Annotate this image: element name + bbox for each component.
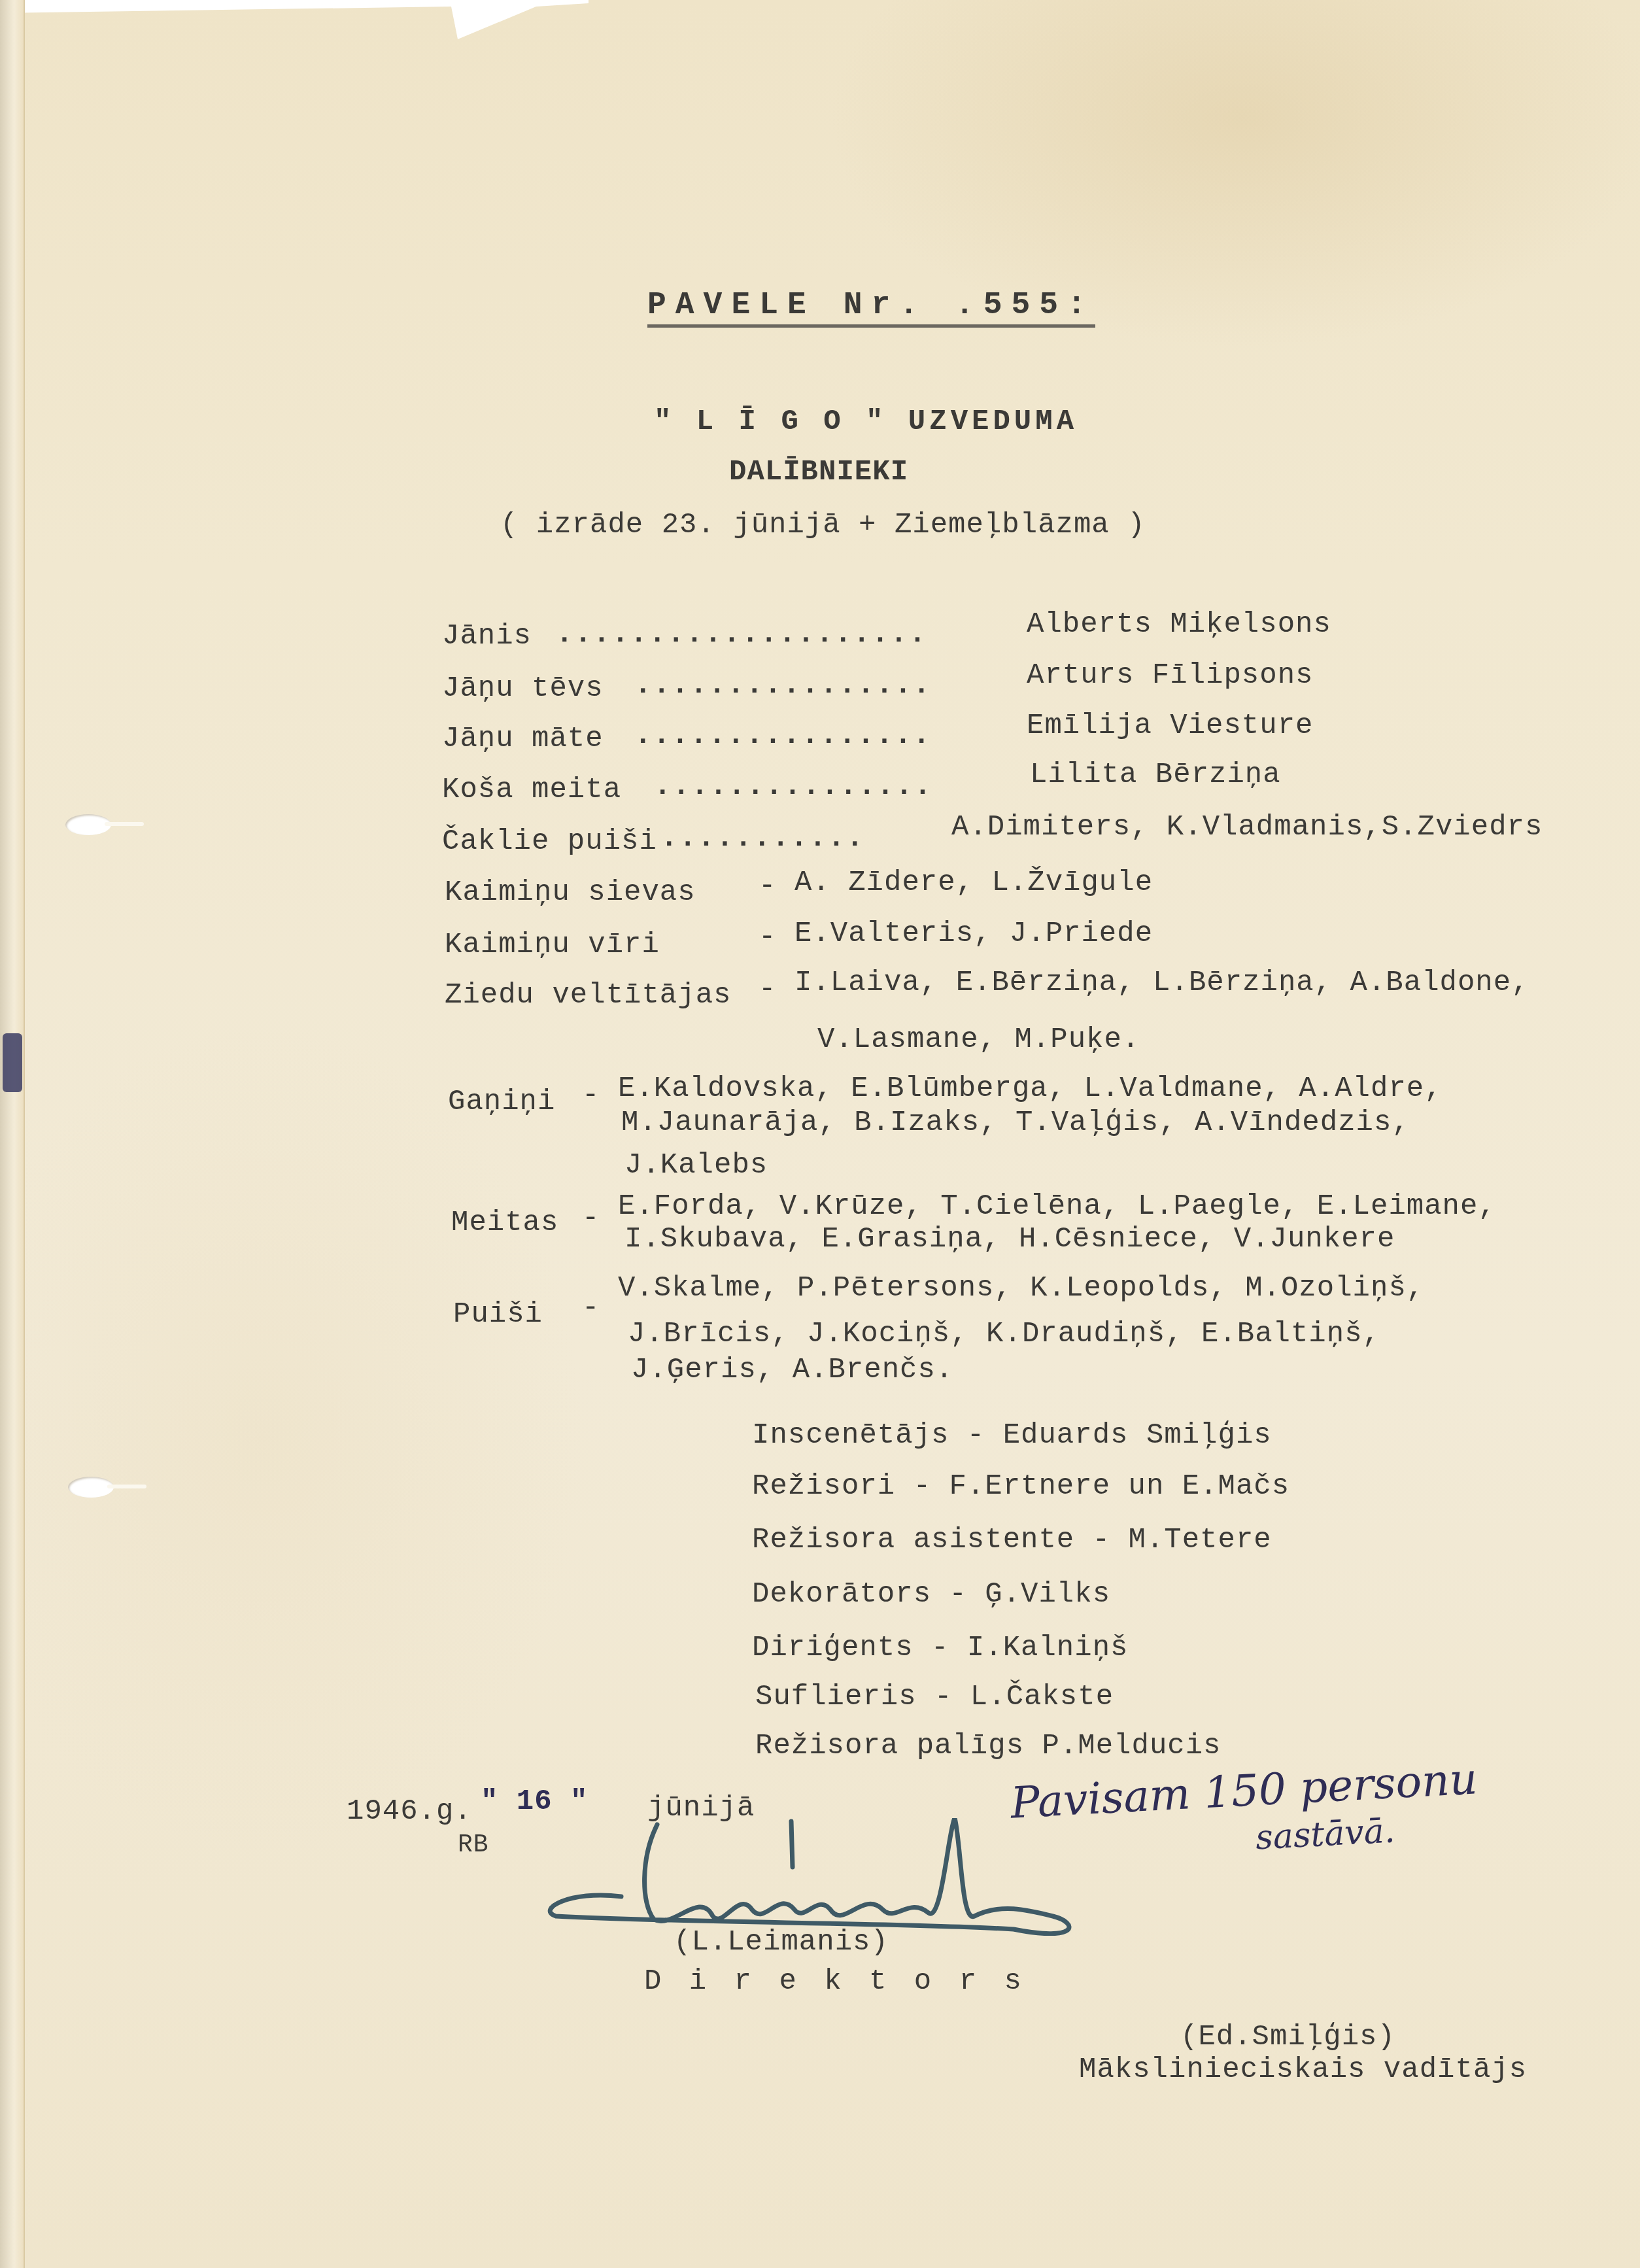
director-name: (L.Leimanis)	[674, 1926, 889, 1959]
crew-line: Režisora palīgs P.Melducis	[755, 1730, 1221, 1762]
group-sep: -	[582, 1202, 600, 1235]
group-sep: -	[582, 1079, 600, 1112]
group-role: Puiši	[453, 1298, 543, 1331]
handwritten-total-line2: sastāvā.	[1255, 1811, 1396, 1857]
crew-line: Inscenētājs - Eduards Smiļģis	[752, 1419, 1272, 1452]
typist-initials: RB	[458, 1831, 489, 1859]
group-role: Kaimiņu sievas	[445, 876, 696, 909]
cast-actor: Lilita Bērziņa	[1030, 759, 1281, 791]
cast-actor: Emīlija Viesture	[1027, 710, 1313, 742]
handwritten-total: Pavisam 150 personu	[1009, 1753, 1478, 1828]
binding-strip	[0, 0, 25, 2268]
group-members: J.Brīcis, J.Kociņš, K.Draudiņš, E.Baltiņ…	[628, 1318, 1380, 1350]
group-sep: -	[759, 870, 776, 902]
cast-role: Čaklie puiši	[442, 825, 657, 858]
group-role: Ziedu veltītājas	[445, 979, 731, 1012]
group-members: V.Skalme, P.Pētersons, K.Leopolds, M.Ozo…	[618, 1272, 1424, 1305]
director-signature-icon	[543, 1818, 1236, 1936]
torn-corner	[0, 0, 589, 46]
group-members: J.Ģeris, A.Brenčs.	[631, 1354, 953, 1386]
cast-role: Koša meita	[442, 774, 621, 806]
ink-stain	[3, 1033, 22, 1092]
cast-actor: Alberts Miķelsons	[1027, 608, 1331, 641]
cast-actor: A.Dimiters, K.Vladmanis,S.Zviedrs	[951, 811, 1543, 844]
document-title: PAVELE Nr. .555:	[647, 288, 1095, 328]
group-members: E.Forda, V.Krūze, T.Cielēna, L.Paegle, E…	[618, 1190, 1496, 1223]
group-sep: -	[582, 1292, 600, 1324]
production-title: " L Ī G O " UZVEDUMA	[654, 405, 1078, 438]
group-members: V.Lasmane, M.Puķe.	[817, 1023, 1140, 1056]
cast-dots: ................	[634, 669, 931, 702]
crew-line: Dekorātors - Ģ.Vilks	[752, 1578, 1110, 1611]
group-sep: -	[759, 973, 776, 1006]
cast-role: Jāņu tēvs	[442, 672, 604, 705]
date-year: 1946.g.	[347, 1795, 472, 1828]
group-members: J.Kalebs	[624, 1149, 768, 1182]
group-members: I.Skubava, E.Grasiņa, H.Cēsniece, V.Junk…	[624, 1223, 1395, 1256]
cast-dots: ................	[634, 719, 931, 752]
crew-line: Diriģents - I.Kalniņš	[752, 1632, 1129, 1664]
date-day: " 16 "	[481, 1785, 588, 1818]
cast-dots: ...............	[654, 770, 932, 803]
group-members: M.Jaunarāja, B.Izaks, T.Vaļģis, A.Vīnded…	[621, 1107, 1410, 1139]
group-members: I.Laiva, E.Bērziņa, L.Bērziņa, A.Baldone…	[794, 967, 1529, 999]
participants-heading: DALĪBNIEKI	[729, 456, 908, 489]
punch-hole-bottom	[68, 1477, 114, 1498]
group-role: Kaimiņu vīri	[445, 929, 660, 961]
group-sep: -	[759, 921, 776, 954]
group-members: E.Valteris, J.Priede	[794, 918, 1153, 950]
group-members: E.Kaldovska, E.Blūmberga, L.Valdmane, A.…	[618, 1073, 1443, 1105]
crew-line: Suflieris - L.Čakste	[755, 1681, 1114, 1713]
director-title: D i r e k t o r s	[644, 1965, 1027, 1998]
group-role: Gaņiņi	[448, 1086, 555, 1118]
crew-line: Režisora asistente - M.Tetere	[752, 1524, 1272, 1556]
cast-dots: ...........	[660, 822, 864, 855]
performance-note: ( izrāde 23. jūnijā + Ziemeļblāzma )	[500, 509, 1146, 541]
group-members: A. Zīdere, L.Žvīgule	[794, 867, 1153, 899]
cast-role: Jānis	[442, 620, 532, 653]
cast-role: Jāņu māte	[442, 723, 604, 755]
art-director-title: Mākslinieciskais vadītājs	[1079, 2053, 1527, 2086]
crew-line: Režisori - F.Ertnere un E.Mačs	[752, 1470, 1290, 1503]
cast-dots: ....................	[556, 618, 927, 651]
document-page: PAVELE Nr. .555: " L Ī G O " UZVEDUMA DA…	[0, 0, 1640, 2268]
group-role: Meitas	[451, 1207, 558, 1239]
punch-hole-top	[65, 814, 111, 835]
cast-actor: Arturs Fīlipsons	[1027, 659, 1313, 692]
art-director-name: (Ed.Smiļģis)	[1180, 2021, 1395, 2053]
